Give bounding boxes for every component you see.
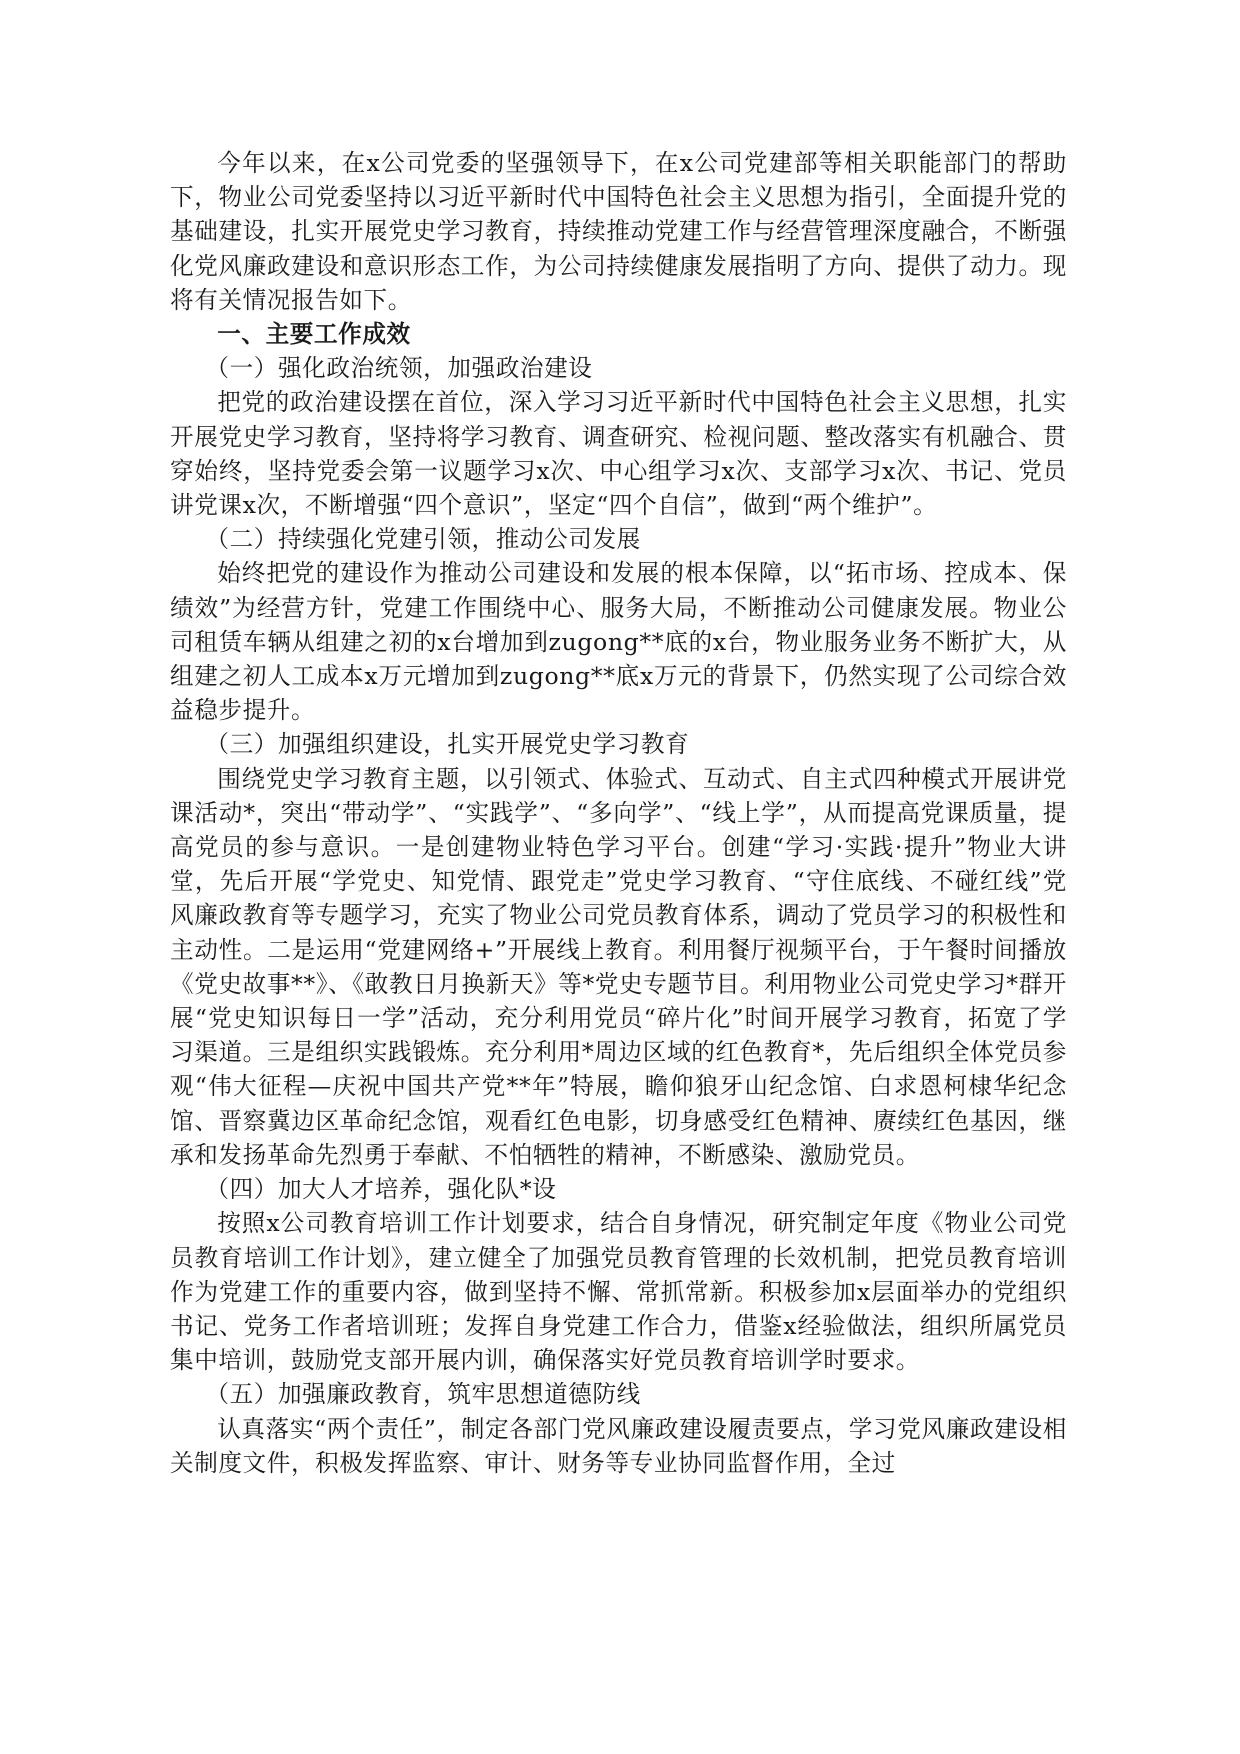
subsection-body: 按照x公司教育培训工作计划要求，结合自身情况，研究制定年度《物业公司党员教育培训…: [170, 1206, 1067, 1377]
subsection-body: 认真落实“两个责任”，制定各部门党风廉政建设履责要点，学习党风廉政建设相关制度文…: [170, 1412, 1067, 1480]
document-page: 今年以来，在x公司党委的坚强领导下，在x公司党建部等相关职能部门的帮助下，物业公…: [170, 146, 1067, 1480]
subsection-heading: （四）加大人才培养，强化队*设: [170, 1172, 1067, 1206]
subsection-body: 把党的政治建设摆在首位，深入学习习近平新时代中国特色社会主义思想，扎实开展党史学…: [170, 385, 1067, 522]
subsection-body: 围绕党史学习教育主题，以引领式、体验式、互动式、自主式四种模式开展讲党课活动*，…: [170, 762, 1067, 1172]
intro-paragraph: 今年以来，在x公司党委的坚强领导下，在x公司党建部等相关职能部门的帮助下，物业公…: [170, 146, 1067, 317]
subsection-heading: （二）持续强化党建引领，推动公司发展: [170, 522, 1067, 556]
subsection-heading: （五）加强廉政教育，筑牢思想道德防线: [170, 1377, 1067, 1411]
subsection-body: 始终把党的建设作为推动公司建设和发展的根本保障，以“拓市场、控成本、保绩效”为经…: [170, 556, 1067, 727]
subsection-heading: （一）强化政治统领，加强政治建设: [170, 351, 1067, 385]
section-heading: 一、主要工作成效: [170, 317, 1067, 351]
subsection-heading: （三）加强组织建设，扎实开展党史学习教育: [170, 727, 1067, 761]
